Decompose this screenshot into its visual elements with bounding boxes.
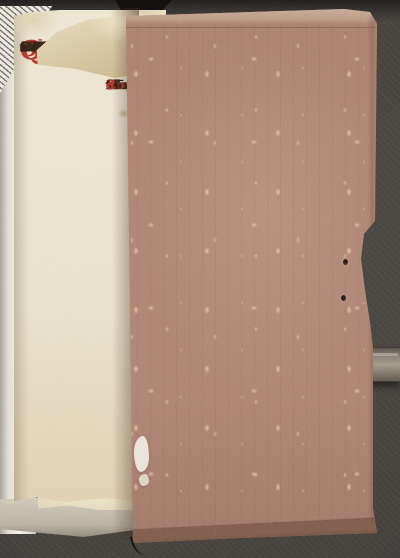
nail-hole — [343, 259, 348, 265]
nail-hole — [341, 295, 346, 301]
photo-of-medieval-book: uapev. Corde crediz· oz OaitQ oz ur uoce… — [0, 0, 400, 558]
board-speckled-surface — [124, 6, 380, 552]
glue-residue-patch — [134, 436, 149, 472]
glue-residue-patch — [139, 474, 149, 486]
binding-board — [124, 6, 380, 552]
